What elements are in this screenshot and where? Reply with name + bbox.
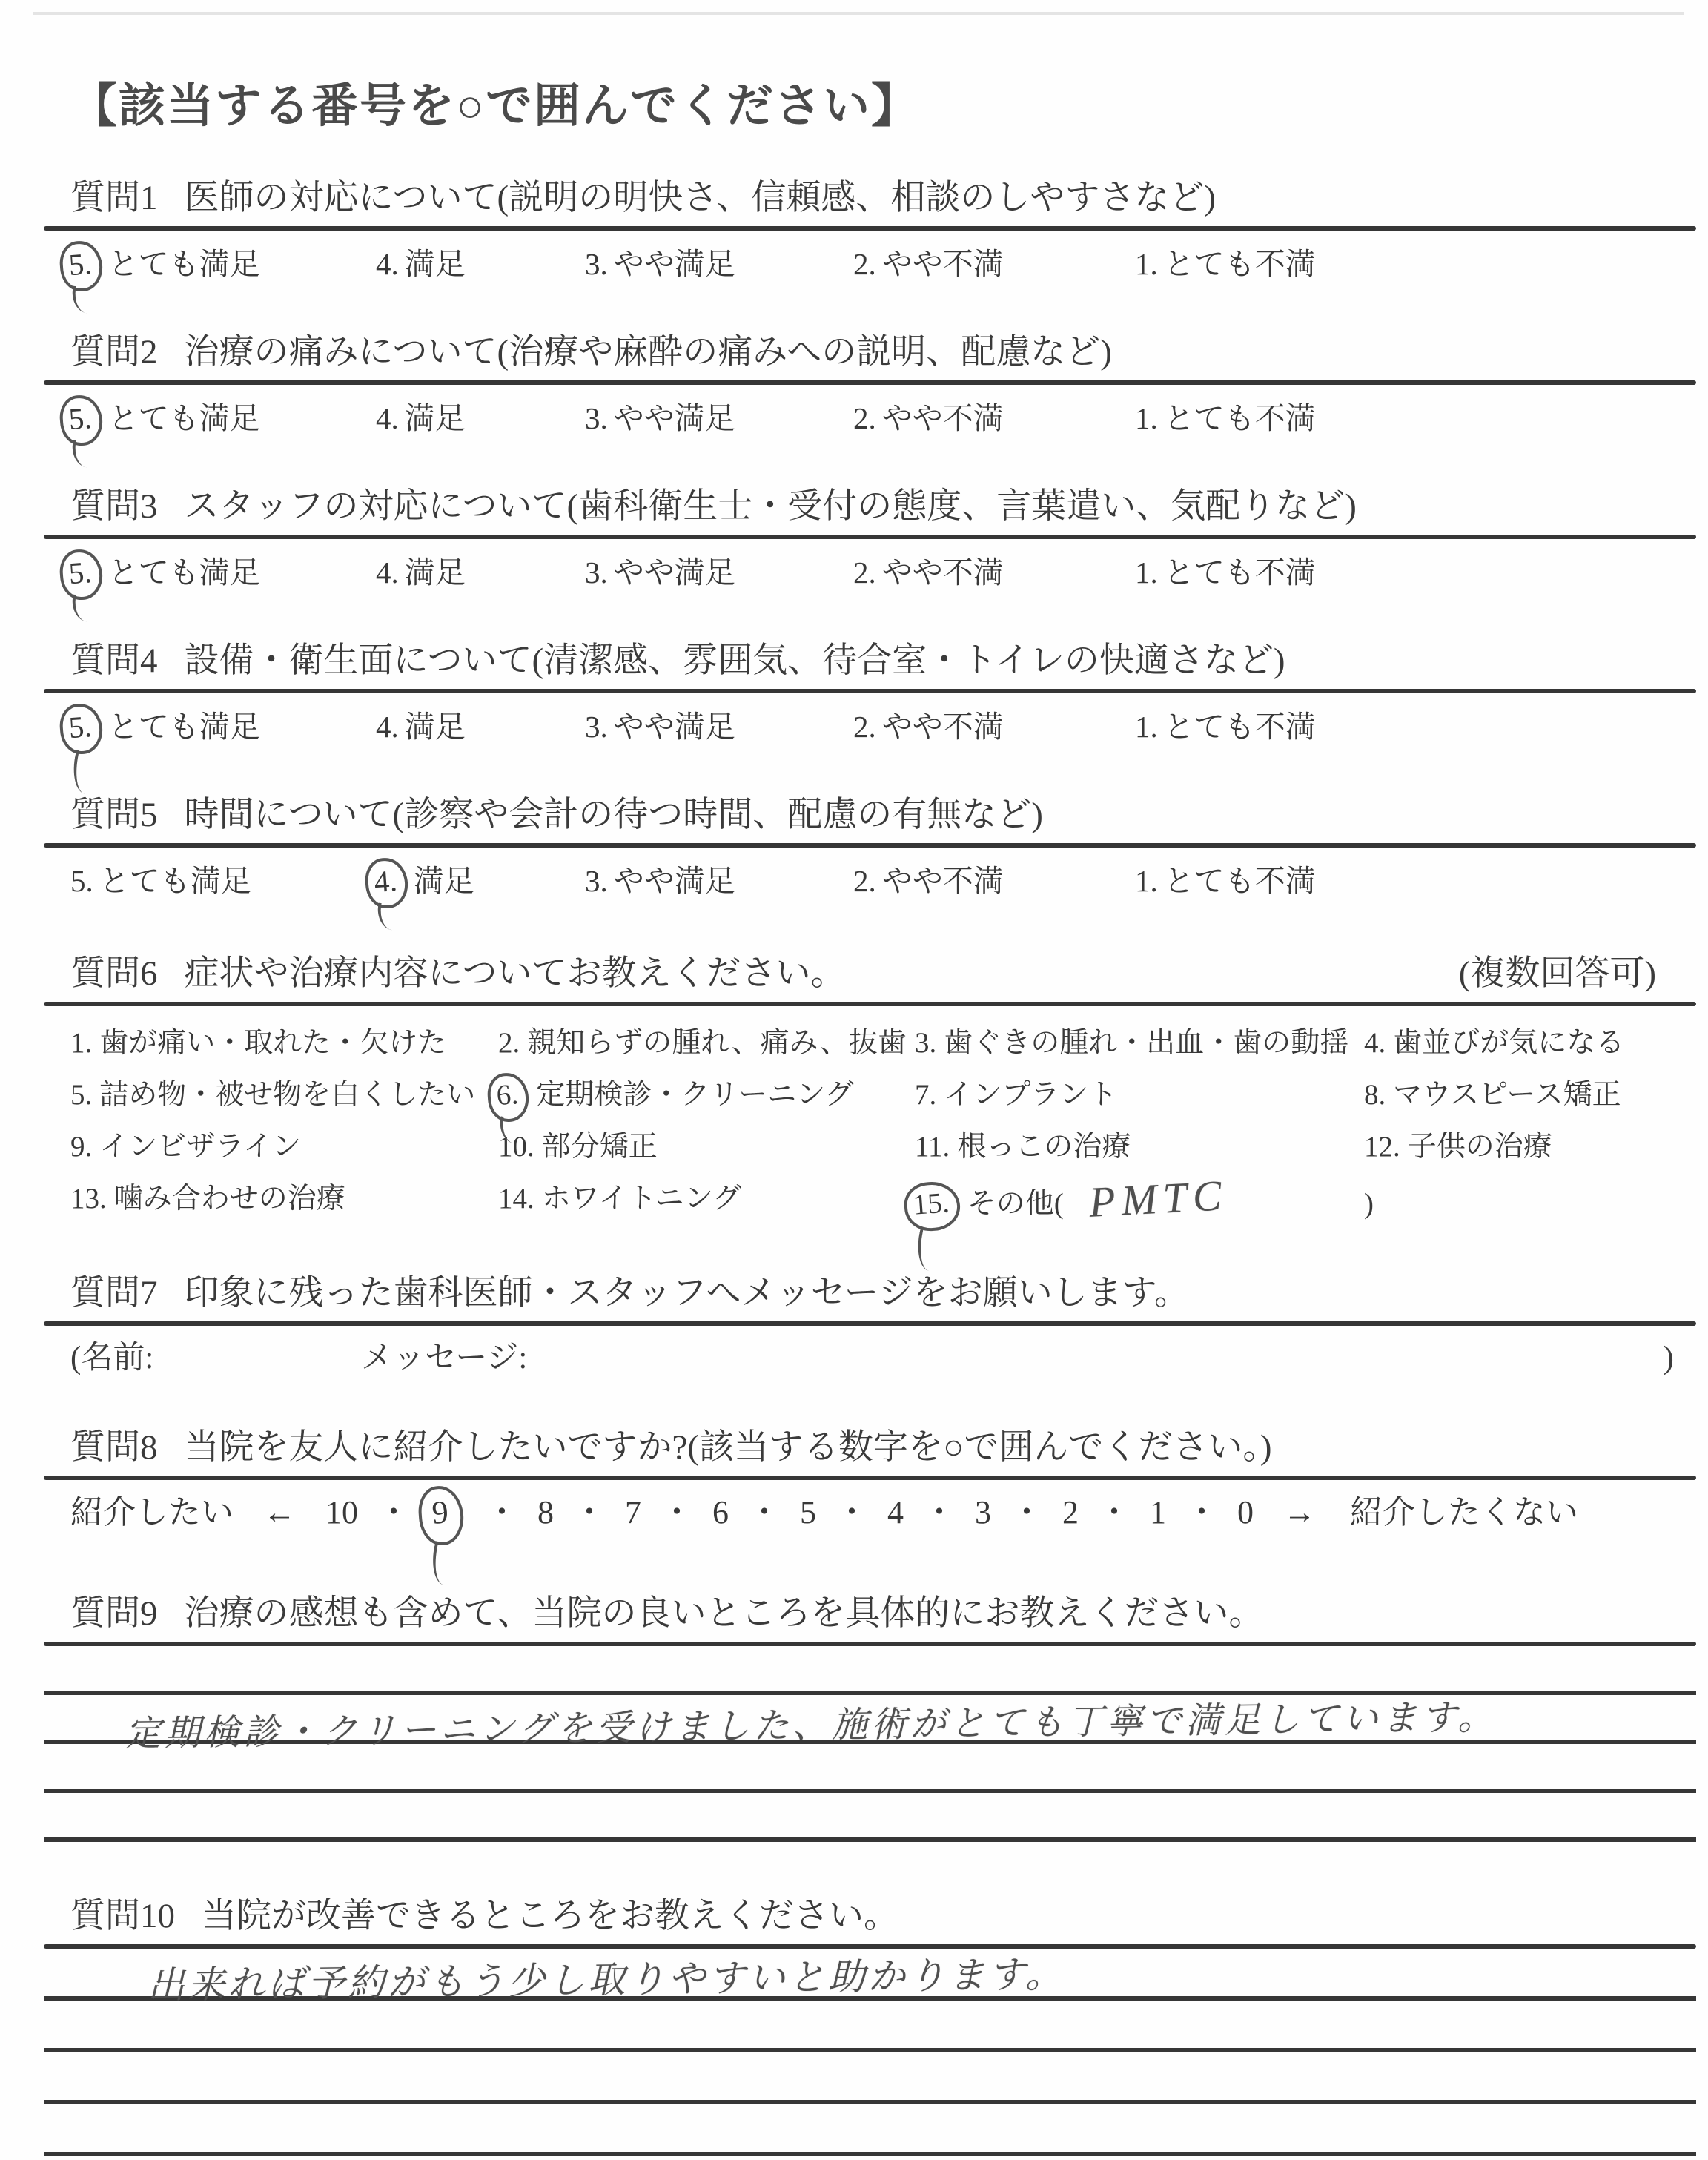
option: 1.とても不満	[1135, 554, 1674, 591]
option-text: やや満足	[614, 708, 735, 745]
option-text: とても不満	[1164, 708, 1316, 745]
option: 3.やや満足	[585, 245, 853, 283]
option: 2.やや不満	[853, 708, 1135, 745]
option-number: 13.	[70, 1181, 107, 1217]
option: 2.やや不満	[853, 554, 1135, 591]
scale-separator: ・	[1185, 1492, 1218, 1533]
option-text: 満足	[414, 862, 474, 899]
scale-separator: ・	[573, 1492, 606, 1533]
symptom-option: 14.ホワイトニング	[498, 1181, 915, 1222]
question-8: 質問8 当院を友人に紹介したいですか?(該当する数字を○で囲んでください。) 紹…	[70, 1427, 1674, 1536]
option-number: 2.	[853, 862, 876, 899]
option: 3.やや満足	[585, 862, 853, 899]
option-text: インビザライン	[99, 1129, 301, 1165]
option: 3.やや満足	[585, 708, 853, 745]
option-text: 満足	[405, 554, 466, 591]
question-title: 時間について(診察や会計の待つ時間、配慮の有無など)	[185, 794, 1043, 836]
option-text: 子供の治療	[1408, 1129, 1552, 1165]
question-heading: 質問4 設備・衛生面について(清潔感、雰囲気、待合室・トイレの快適さなど)	[70, 640, 1674, 681]
options-row: 5.とても満足 4.満足 3.やや満足 2.やや不満 1.とても不満	[70, 400, 1674, 437]
handwritten-answer-q10: 出来れば予約がもう少し取りやすいと助かります。	[148, 1946, 1066, 2013]
option-text: 詰め物・被せ物を白くしたい	[99, 1077, 475, 1113]
option-text: その他(	[967, 1186, 1064, 1222]
answer-area: 定期検診・クリーニングを受けました、施術がとても丁寧で満足しています。	[44, 1646, 1696, 1842]
option-text: やや不満	[882, 862, 1004, 899]
option: 5.とても満足	[70, 245, 376, 283]
symptom-option: 5.詰め物・被せ物を白くしたい	[70, 1077, 498, 1113]
question-heading: 質問6 症状や治療内容についてお教えください。 (複数回答可)	[70, 953, 1674, 994]
option-text: やや不満	[882, 245, 1004, 283]
question-5: 質問5 時間について(診察や会計の待つ時間、配慮の有無など) 5.とても満足 4…	[70, 794, 1674, 899]
option-number: 1.	[1135, 554, 1158, 591]
option-number: 1.	[1135, 400, 1158, 437]
option-number: 2.	[853, 245, 876, 283]
symptom-option: 9.インビザライン	[70, 1129, 498, 1165]
question-title: 当院を友人に紹介したいですか?(該当する数字を○で囲んでください。)	[185, 1427, 1272, 1468]
question-label: 質問3	[70, 486, 158, 527]
message-field-label: メッセージ:	[361, 1339, 1664, 1378]
option-number: 3.	[585, 400, 608, 437]
ruled-line	[44, 1321, 1696, 1326]
symptom-option: 11.根っこの治療	[915, 1129, 1364, 1165]
symptom-option: 6.定期検診・クリーニング	[498, 1077, 915, 1113]
option: 4.満足	[376, 400, 585, 437]
question-label: 質問6	[70, 953, 158, 994]
option-text: やや不満	[882, 554, 1004, 591]
question-heading: 質問2 治療の痛みについて(治療や麻酔の痛みへの説明、配慮など)	[70, 331, 1674, 373]
answer-line: 出来れば予約がもう少し取りやすいと助かります。	[44, 1949, 1696, 2001]
handwritten-circle: 4.	[364, 856, 409, 910]
question-label: 質問1	[70, 177, 158, 219]
option-number: 1.	[1135, 862, 1158, 899]
ruled-line	[44, 1476, 1696, 1480]
option-text: 歯並びが気になる	[1393, 1025, 1624, 1061]
option-number: 3.	[585, 245, 608, 283]
fields-close-paren: )	[1664, 1339, 1674, 1378]
scale-separator: ・	[835, 1492, 868, 1533]
symptom-options-grid: 1.歯が痛い・取れた・欠けた 2.親知らずの腫れ、痛み、抜歯 3.歯ぐきの腫れ・…	[70, 1025, 1674, 1222]
option-text: ホワイトニング	[542, 1181, 742, 1217]
ruled-line	[44, 535, 1696, 539]
scale-number: 7	[625, 1492, 641, 1533]
option-number: 2.	[853, 400, 876, 437]
question-label: 質問10	[70, 1895, 175, 1937]
ruled-line	[44, 1002, 1696, 1006]
option-number: 5.	[70, 862, 93, 899]
option-text: とても満足	[99, 862, 251, 899]
option-number: 2.	[853, 708, 876, 745]
answer-area: 出来れば予約がもう少し取りやすいと助かります。	[44, 1949, 1696, 2156]
option-number: 3.	[915, 1025, 936, 1061]
scale-number: 8	[537, 1492, 554, 1533]
option-number: 4.	[376, 400, 399, 437]
symptom-option: 4.歯並びが気になる	[1364, 1025, 1674, 1061]
option-text: 満足	[405, 400, 466, 437]
option-text: 根っこの治療	[957, 1129, 1131, 1165]
option-number: 5.	[70, 1077, 92, 1113]
handwritten-other-value: PMTC	[1088, 1178, 1228, 1221]
option-number: 4.	[1364, 1025, 1386, 1061]
question-10: 質問10 当院が改善できるところをお教えください。 出来れば予約がもう少し取りや…	[70, 1895, 1674, 2156]
symptom-option: 12.子供の治療	[1364, 1129, 1674, 1165]
option-number: 1.	[1135, 708, 1158, 745]
option-text: 部分矯正	[542, 1129, 658, 1165]
option: 2.やや不満	[853, 245, 1135, 283]
scale-separator: ・	[748, 1492, 781, 1533]
scale-right-label: 紹介したくない	[1350, 1492, 1578, 1533]
option-number: 14.	[498, 1181, 534, 1217]
option-text: 歯が痛い・取れた・欠けた	[99, 1025, 446, 1061]
question-label: 質問5	[70, 794, 158, 836]
option-number: 3.	[585, 554, 608, 591]
question-title: スタッフの対応について(歯科衛生士・受付の態度、言葉遣い、気配りなど)	[185, 486, 1357, 527]
option-number: 3.	[585, 708, 608, 745]
option: 5.とても満足	[70, 708, 376, 745]
symptom-option-other: 15.その他(PMTC	[915, 1181, 1364, 1222]
handwritten-circle: 5.	[59, 548, 104, 601]
handwritten-circle: 5.	[59, 394, 104, 447]
message-fields-row: (名前: メッセージ: )	[70, 1339, 1674, 1378]
scale-number: 3	[975, 1492, 991, 1533]
option: 3.やや満足	[585, 554, 853, 591]
option-text: やや満足	[614, 554, 735, 591]
option-text: マウスピース矯正	[1393, 1077, 1621, 1113]
option-text: 噛み合わせの治療	[114, 1181, 345, 1217]
question-4: 質問4 設備・衛生面について(清潔感、雰囲気、待合室・トイレの快適さなど) 5.…	[70, 640, 1674, 745]
option-number: 8.	[1364, 1077, 1386, 1113]
question-label: 質問4	[70, 640, 158, 681]
option: 1.とても不満	[1135, 400, 1674, 437]
question-title: 当院が改善できるところをお教えください。	[202, 1895, 898, 1937]
scale-left-label: 紹介したい	[70, 1492, 234, 1533]
answer-line: 定期検診・クリーニングを受けました、施術がとても丁寧で満足しています。	[44, 1695, 1696, 1744]
option-text: とても不満	[1164, 554, 1316, 591]
question-label: 質問7	[70, 1272, 158, 1314]
question-title: 医師の対応について(説明の明快さ、信頼感、相談のしやすさなど)	[185, 177, 1216, 219]
handwritten-circle: 5.	[59, 240, 104, 293]
question-title: 治療の感想も含めて、当院の良いところを具体的にお教えください。	[185, 1593, 1264, 1634]
survey-page: 【該当する番号を○で囲んでください】 質問1 医師の対応について(説明の明快さ、…	[0, 0, 1708, 2160]
question-title: 治療の痛みについて(治療や麻酔の痛みへの説明、配慮など)	[185, 331, 1112, 373]
question-title: 症状や治療内容についてお教えください。	[185, 953, 846, 994]
symptom-option: 7.インプラント	[915, 1077, 1364, 1113]
option-number: 9.	[70, 1129, 92, 1165]
page-title: 【該当する番号を○で囲んでください】	[70, 68, 1674, 136]
question-3: 質問3 スタッフの対応について(歯科衛生士・受付の態度、言葉遣い、気配りなど) …	[70, 486, 1674, 591]
question-heading: 質問5 時間について(診察や会計の待つ時間、配慮の有無など)	[70, 794, 1674, 836]
options-row: 5.とても満足 4.満足 3.やや満足 2.やや不満 1.とても不満	[70, 708, 1674, 745]
scale-separator: ・	[923, 1492, 956, 1533]
handwritten-circle: 15.	[903, 1180, 961, 1232]
option: 2.やや不満	[853, 862, 1135, 899]
scale-number: 4	[887, 1492, 904, 1533]
question-6: 質問6 症状や治療内容についてお教えください。 (複数回答可) 1.歯が痛い・取…	[70, 953, 1674, 1222]
option: 1.とても不満	[1135, 862, 1674, 899]
question-heading: 質問8 当院を友人に紹介したいですか?(該当する数字を○で囲んでください。)	[70, 1427, 1674, 1468]
option-number: 1.	[70, 1025, 92, 1061]
multi-answer-note: (複数回答可)	[1459, 953, 1656, 994]
option-number: 7.	[915, 1077, 936, 1113]
option: 5.とても満足	[70, 554, 376, 591]
option-text: 満足	[405, 245, 466, 283]
ruled-line	[44, 226, 1696, 231]
symptom-option: 13.噛み合わせの治療	[70, 1181, 498, 1222]
option-text: 満足	[405, 708, 466, 745]
question-heading: 質問1 医師の対応について(説明の明快さ、信頼感、相談のしやすさなど)	[70, 177, 1674, 219]
options-row: 5.とても満足 4.満足 3.やや満足 2.やや不満 1.とても不満	[70, 554, 1674, 591]
option-text: とても満足	[108, 245, 260, 283]
handwritten-circle: 6.	[486, 1071, 531, 1123]
scan-edge-line	[33, 12, 1684, 15]
scale-separator: ・	[377, 1492, 410, 1533]
option: 4.満足	[376, 554, 585, 591]
recommendation-scale: 紹介したい ← 10 ・ 9 ・ 8 ・ 7 ・ 6 ・ 5 ・ 4 ・ 3 ・…	[70, 1492, 1674, 1536]
left-arrow: ←	[263, 1492, 296, 1533]
question-heading: 質問10 当院が改善できるところをお教えください。	[70, 1895, 1674, 1937]
option-text: とても満足	[108, 400, 260, 437]
option-text: やや満足	[614, 862, 735, 899]
option-text: 親知らずの腫れ、痛み、抜歯	[527, 1025, 907, 1061]
answer-line	[44, 2104, 1696, 2156]
option-number: 4.	[376, 554, 399, 591]
option-text: やや不満	[882, 708, 1004, 745]
symptom-option: 8.マウスピース矯正	[1364, 1077, 1674, 1113]
option-text: インプラント	[944, 1077, 1117, 1113]
option-number: 3.	[585, 862, 608, 899]
option: 1.とても不満	[1135, 245, 1674, 283]
option-text: やや満足	[614, 400, 735, 437]
option-text: とても不満	[1164, 400, 1316, 437]
question-title: 印象に残った歯科医師・スタッフへメッセージをお願いします。	[185, 1272, 1189, 1314]
question-heading: 質問9 治療の感想も含めて、当院の良いところを具体的にお教えください。	[70, 1593, 1674, 1634]
scale-separator: ・	[1010, 1492, 1043, 1533]
option-number: 4.	[376, 708, 399, 745]
ruled-line	[44, 380, 1696, 385]
option: 4.満足	[376, 862, 585, 899]
handwritten-circle: 9	[417, 1484, 465, 1547]
scale-number: 0	[1237, 1492, 1254, 1533]
option: 5.とても満足	[70, 862, 376, 899]
ruled-line	[44, 843, 1696, 848]
scale-number: 5	[800, 1492, 816, 1533]
option-text: やや満足	[614, 245, 735, 283]
scale-separator: ・	[661, 1492, 693, 1533]
question-2: 質問2 治療の痛みについて(治療や麻酔の痛みへの説明、配慮など) 5.とても満足…	[70, 331, 1674, 437]
scale-separator: ・	[1098, 1492, 1131, 1533]
option-text: とても不満	[1164, 862, 1316, 899]
option: 1.とても不満	[1135, 708, 1674, 745]
option: 3.やや満足	[585, 400, 853, 437]
question-7: 質問7 印象に残った歯科医師・スタッフへメッセージをお願いします。 (名前: メ…	[70, 1272, 1674, 1378]
option-number: 12.	[1364, 1129, 1400, 1165]
option-number: 2.	[498, 1025, 520, 1061]
option: 4.満足	[376, 708, 585, 745]
option-text: やや不満	[882, 400, 1004, 437]
option: 2.やや不満	[853, 400, 1135, 437]
scale-number: 10	[325, 1492, 358, 1533]
question-9: 質問9 治療の感想も含めて、当院の良いところを具体的にお教えください。 定期検診…	[70, 1593, 1674, 1842]
question-label: 質問2	[70, 331, 158, 373]
right-arrow: →	[1283, 1492, 1316, 1533]
symptom-option: 1.歯が痛い・取れた・欠けた	[70, 1025, 498, 1061]
option-text: 歯ぐきの腫れ・出血・歯の動揺	[944, 1025, 1348, 1061]
option-number: 2.	[853, 554, 876, 591]
option: 5.とても満足	[70, 400, 376, 437]
other-close-paren: )	[1364, 1186, 1674, 1222]
question-1: 質問1 医師の対応について(説明の明快さ、信頼感、相談のしやすさなど) 5.とて…	[70, 177, 1674, 283]
option-text: とても満足	[108, 554, 260, 591]
option-text: 定期検診・クリーニング	[536, 1077, 853, 1113]
question-label: 質問8	[70, 1427, 158, 1468]
answer-line	[44, 2052, 1696, 2104]
option-number: 4.	[376, 245, 399, 283]
option-number: 11.	[915, 1129, 950, 1165]
ruled-line	[44, 689, 1696, 693]
question-label: 質問9	[70, 1593, 158, 1634]
question-heading: 質問7 印象に残った歯科医師・スタッフへメッセージをお願いします。	[70, 1272, 1674, 1314]
option: 4.満足	[376, 245, 585, 283]
scale-separator: ・	[486, 1492, 518, 1533]
option-text: とても不満	[1164, 245, 1316, 283]
options-row: 5.とても満足 4.満足 3.やや満足 2.やや不満 1.とても不満	[70, 245, 1674, 283]
scale-number: 1	[1150, 1492, 1166, 1533]
answer-line	[44, 1646, 1696, 1695]
symptom-option: 3.歯ぐきの腫れ・出血・歯の動揺	[915, 1025, 1364, 1061]
option-number: 1.	[1135, 245, 1158, 283]
scale-number: 2	[1062, 1492, 1079, 1533]
handwritten-circle: 5.	[59, 702, 104, 756]
name-field-label: (名前:	[70, 1339, 361, 1378]
answer-line	[44, 1793, 1696, 1842]
symptom-option: 10.部分矯正	[498, 1129, 915, 1165]
symptom-option: 2.親知らずの腫れ、痛み、抜歯	[498, 1025, 915, 1061]
question-heading: 質問3 スタッフの対応について(歯科衛生士・受付の態度、言葉遣い、気配りなど)	[70, 486, 1674, 527]
options-row: 5.とても満足 4.満足 3.やや満足 2.やや不満 1.とても不満	[70, 862, 1674, 899]
scale-number: 6	[712, 1492, 729, 1533]
question-title: 設備・衛生面について(清潔感、雰囲気、待合室・トイレの快適さなど)	[185, 640, 1285, 681]
option-text: とても満足	[108, 708, 260, 745]
